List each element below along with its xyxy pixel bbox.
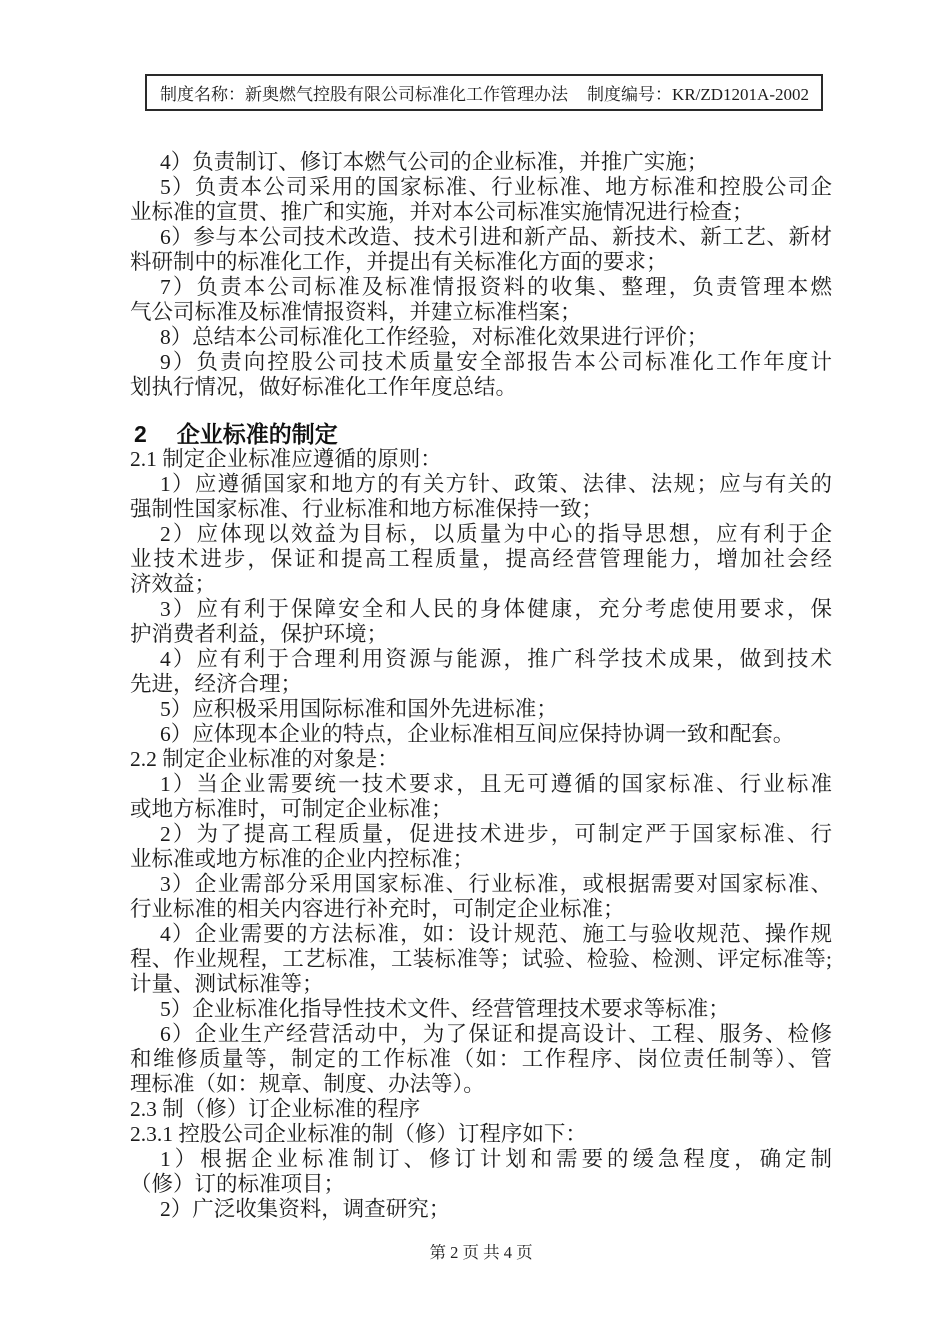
text-line: 3）企业需部分采用国家标准、行业标准，或根据需要对国家标准、 <box>130 872 832 897</box>
policy-name-value: 新奥燃气控股有限公司标准化工作管理办法 <box>245 85 568 104</box>
policy-name: 制度名称：新奥燃气控股有限公司标准化工作管理办法 <box>160 80 568 105</box>
text-line: 行业标准的相关内容进行补充时，可制定企业标准； <box>130 897 832 922</box>
text-line: 先进，经济合理； <box>130 672 832 697</box>
section-heading: 2企业标准的制定 <box>130 422 832 447</box>
text-line: 9）负责向控股公司技术质量安全部报告本公司标准化工作年度计 <box>130 350 832 375</box>
text-line: 5）应积极采用国际标准和国外先进标准； <box>130 697 832 722</box>
document-page: 制度名称：新奥燃气控股有限公司标准化工作管理办法 制度编号：KR/ZD1201A… <box>0 0 950 1344</box>
text-line: 业标准或地方标准的企业内控标准； <box>130 847 832 872</box>
heading-number: 2 <box>134 422 147 447</box>
text-line: 7）负责本公司标准及标准情报资料的收集、整理，负责管理本燃 <box>130 275 832 300</box>
text-line: 5）负责本公司采用的国家标准、行业标准、地方标准和控股公司企 <box>130 175 832 200</box>
heading-title: 企业标准的制定 <box>177 421 338 447</box>
text-line: 2）广泛收集资料，调查研究； <box>130 1197 832 1222</box>
text-line: 6）企业生产经营活动中，为了保证和提高设计、工程、服务、检修 <box>130 1022 832 1047</box>
text-line: 或地方标准时，可制定企业标准； <box>130 797 832 822</box>
text-line: 5）企业标准化指导性技术文件、经营管理技术要求等标准； <box>130 997 832 1022</box>
text-line: 1）根据企业标准制订、修订计划和需要的缓急程度，确定制 <box>130 1147 832 1172</box>
text-line: 4）企业需要的方法标准，如：设计规范、施工与验收规范、操作规 <box>130 922 832 947</box>
text-line: 业技术进步，保证和提高工程质量，提高经营管理能力，增加社会经 <box>130 547 832 572</box>
text-line: 程、作业规程，工艺标准，工装标准等；试验、检验、检测、评定标准等; <box>130 947 832 972</box>
text-line: 济效益； <box>130 572 832 597</box>
text-line: 料研制中的标准化工作，并提出有关标准化方面的要求； <box>130 250 832 275</box>
page-footer: 第 2 页 共 4 页 <box>130 1243 832 1263</box>
text-line: 2.1 制定企业标准应遵循的原则： <box>130 447 832 472</box>
text-line: 4）负责制订、修订本燃气公司的企业标准，并推广实施； <box>130 150 832 175</box>
text-line: 2）应体现以效益为目标，以质量为中心的指导思想，应有利于企 <box>130 522 832 547</box>
text-line: 1）当企业需要统一技术要求，且无可遵循的国家标准、行业标准 <box>130 772 832 797</box>
document-header-box: 制度名称：新奥燃气控股有限公司标准化工作管理办法 制度编号：KR/ZD1201A… <box>145 74 823 111</box>
policy-code-label: 制度编号： <box>587 85 672 104</box>
text-line: 业标准的宣贯、推广和实施，并对本公司标准实施情况进行检查； <box>130 200 832 225</box>
text-line: 计量、测试标准等； <box>130 972 832 997</box>
text-line: 2）为了提高工程质量，促进技术进步，可制定严于国家标准、行 <box>130 822 832 847</box>
text-line: 理标准（如：规章、制度、办法等）。 <box>130 1072 832 1097</box>
text-line: 护消费者利益，保护环境； <box>130 622 832 647</box>
policy-name-label: 制度名称： <box>160 85 245 104</box>
text-line: 1）应遵循国家和地方的有关方针、政策、法律、法规；应与有关的 <box>130 472 832 497</box>
text-line: 8）总结本公司标准化工作经验，对标准化效果进行评价； <box>130 325 832 350</box>
text-line: 2.3.1 控股公司企业标准的制（修）订程序如下： <box>130 1122 832 1147</box>
text-line: 2.3 制（修）订企业标准的程序 <box>130 1097 832 1122</box>
text-line: 划执行情况，做好标准化工作年度总结。 <box>130 375 832 400</box>
text-line: 2.2 制定企业标准的对象是： <box>130 747 832 772</box>
policy-code-value: KR/ZD1201A-2002 <box>672 85 809 104</box>
text-line: 6）应体现本企业的特点，企业标准相互间应保持协调一致和配套。 <box>130 722 832 747</box>
text-line: 和维修质量等，制定的工作标准（如：工作程序、岗位责任制等）、管 <box>130 1047 832 1072</box>
document-body: 4）负责制订、修订本燃气公司的企业标准，并推广实施；5）负责本公司采用的国家标准… <box>130 150 832 1222</box>
text-line: 强制性国家标准、行业标准和地方标准保持一致； <box>130 497 832 522</box>
page-indicator: 第 2 页 共 4 页 <box>429 1243 532 1262</box>
text-line: 气公司标准及标准情报资料，并建立标准档案； <box>130 300 832 325</box>
text-line: （修）订的标准项目； <box>130 1172 832 1197</box>
text-line: 4）应有利于合理利用资源与能源，推广科学技术成果，做到技术 <box>130 647 832 672</box>
text-line: 6）参与本公司技术改造、技术引进和新产品、新技术、新工艺、新材 <box>130 225 832 250</box>
text-line: 3）应有利于保障安全和人民的身体健康，充分考虑使用要求，保 <box>130 597 832 622</box>
policy-code: 制度编号：KR/ZD1201A-2002 <box>587 80 809 105</box>
